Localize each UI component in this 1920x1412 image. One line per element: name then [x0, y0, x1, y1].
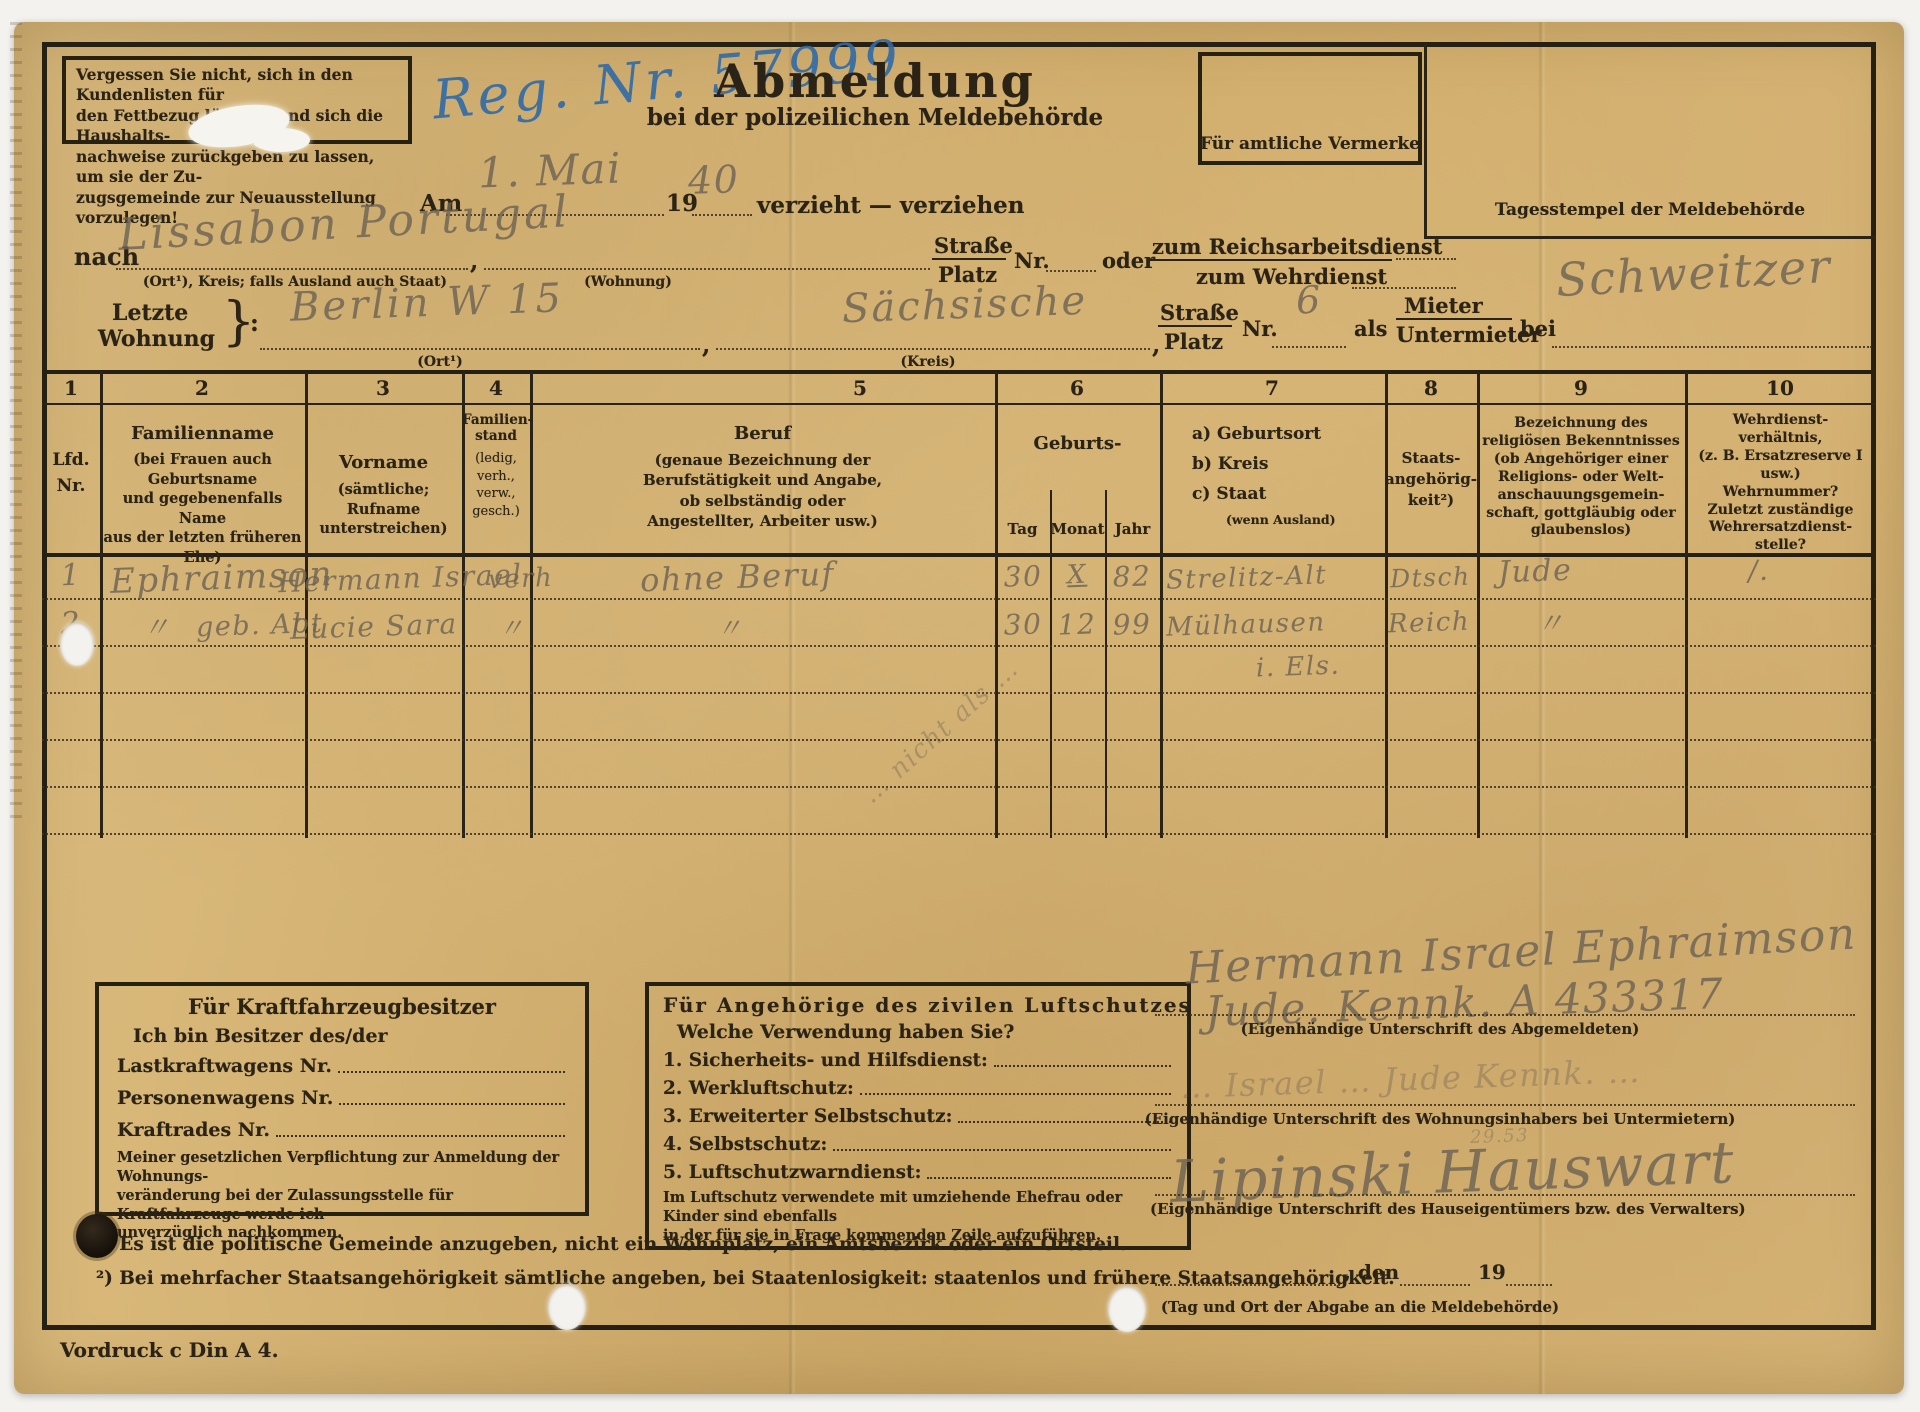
col-header-geburtsort: a) Geburtsort b) Kreis c) Staat — [1192, 420, 1382, 509]
luftschutz-item-row: 2. Werkluftschutz: — [663, 1078, 1173, 1099]
luftschutz-item-row: 4. Selbstschutz: — [663, 1134, 1173, 1155]
letzte-strasse-handwriting: Sächsische — [841, 278, 1088, 333]
mieter-divider-bar — [1396, 318, 1512, 320]
dotted-leader — [860, 1093, 1171, 1095]
row2-religion-ditto: 〃 — [1535, 601, 1566, 642]
sig-abgemeldeter-label: (Eigenhändige Unterschrift des Abgemelde… — [1160, 1020, 1720, 1038]
dienst-divider-bar — [1150, 259, 1392, 261]
kreis-sublabel: (Kreis) — [868, 354, 988, 370]
letzte-ort-line — [260, 348, 700, 350]
dotted-leader — [276, 1135, 565, 1137]
stamp-box-divider — [1424, 236, 1876, 239]
colon: : — [250, 308, 259, 337]
punch-hole — [1108, 1286, 1146, 1332]
nach-field-line — [116, 268, 468, 270]
wohnung-field-line — [484, 268, 930, 270]
table-column-line — [1160, 372, 1163, 838]
luftschutz-item-row: 5. Luftschutzwarndienst: — [663, 1162, 1173, 1183]
form-subtitle: bei der polizeilichen Meldebehörde — [640, 104, 1110, 131]
col-header-bekenntnis: Bezeichnung des religiösen Bekenntnisses… — [1477, 415, 1685, 540]
col-header-beruf-note: (genaue Bezeichnung der Berufstätigkeit … — [530, 450, 995, 531]
kfz-item-row: Lastkraftwagens Nr. — [117, 1055, 567, 1077]
col-number-2: 2 — [182, 376, 222, 400]
torn-left-edge — [10, 22, 22, 822]
kfz-note: Meiner gesetzlichen Verpflichtung zur An… — [117, 1149, 567, 1243]
comma: , — [1152, 330, 1160, 359]
reichsarbeitsdienst-line — [1396, 258, 1456, 260]
punch-hole — [548, 1284, 586, 1330]
footnote-2: ²) Bei mehrfacher Staatsangehörigkeit sä… — [96, 1268, 1395, 1289]
form-title: Abmeldung — [690, 54, 1060, 108]
table-top-border — [42, 370, 1876, 374]
col-header-monat: Monat — [1050, 520, 1105, 538]
row2-vorname: Lucie Sara — [289, 607, 458, 646]
col-header-familienname: Familienname — [100, 423, 305, 444]
dotted-leader — [339, 1103, 565, 1105]
col-number-4: 4 — [476, 376, 516, 400]
row2-beruf-ditto: 〃 — [715, 608, 744, 646]
col-header-wehrdienst: Wehrdienst- verhältnis, (z. B. Ersatzres… — [1685, 412, 1876, 555]
table-row-line — [42, 786, 1876, 788]
bei-label: bei — [1520, 316, 1556, 341]
col-header-geburtsort-note2: (wenn Ausland) — [1226, 512, 1336, 527]
comma: , — [702, 330, 710, 359]
table-row-line — [42, 645, 1876, 647]
year-prefix: 19 — [1478, 1260, 1506, 1284]
mieter-label: Mieter — [1404, 293, 1483, 318]
col-header-tag: Tag — [995, 520, 1050, 538]
nr-field-line — [1046, 270, 1096, 272]
sig-line — [1155, 1194, 1855, 1196]
luftschutz-item-label: 2. Werkluftschutz: — [663, 1078, 854, 1099]
col-number-8: 8 — [1411, 376, 1451, 400]
table-column-line — [1385, 372, 1388, 838]
strasse-label: Straße — [1160, 300, 1239, 325]
dotted-leader — [338, 1071, 565, 1073]
stamp-box-label: Tagesstempel der Meldebehörde — [1440, 200, 1860, 220]
col-header-vorname: Vorname — [305, 452, 462, 473]
kfz-item-label: Kraftrades Nr. — [117, 1119, 270, 1141]
form-code: Vordruck c Din A 4. — [60, 1338, 279, 1362]
col-number-3: 3 — [363, 376, 403, 400]
col-header-familienstand-note: (ledig, verh., verw., gesch.) — [462, 450, 530, 520]
row1-geburtsmonat: X — [1051, 559, 1102, 591]
year-field-line — [692, 214, 752, 216]
wohnung-sublabel: (Wohnung) — [558, 274, 698, 290]
col-number-7: 7 — [1252, 376, 1292, 400]
row1-wehrdienst: /. — [1747, 554, 1769, 588]
col-number-10: 10 — [1760, 376, 1800, 400]
row2-staatsangehoerigkeit: Reich — [1388, 607, 1471, 640]
col-number-5: 5 — [840, 376, 880, 400]
row2-familienname-ditto: 〃 — [141, 605, 172, 646]
row1-geburtsjahr: 82 — [1105, 559, 1158, 594]
luftschutz-item-row: 1. Sicherheits- und Hilfsdienst: — [663, 1050, 1173, 1071]
official-notes-box: Für amtliche Vermerke — [1198, 52, 1422, 165]
luftschutz-item-label: 1. Sicherheits- und Hilfsdienst: — [663, 1050, 988, 1071]
col-number-6: 6 — [1057, 376, 1097, 400]
kfz-item-row: Kraftrades Nr. — [117, 1119, 567, 1141]
kfz-intro: Ich bin Besitzer des/der — [133, 1025, 567, 1047]
table-row-line — [42, 739, 1876, 741]
row2-geburtsort: Mülhausen — [1166, 607, 1327, 643]
row1-familienstand: verh — [487, 563, 553, 595]
luftschutz-item-label: 3. Erweiterter Selbstschutz: — [663, 1106, 952, 1127]
luftschutz-item-label: 4. Selbstschutz: — [663, 1134, 827, 1155]
row2-familienstand-ditto: 〃 — [497, 608, 526, 646]
row2-geburtsjahr: 99 — [1105, 607, 1158, 642]
bei-field-line — [1552, 346, 1872, 348]
wehrdienst-label: zum Wehrdienst — [1196, 264, 1387, 289]
luftschutz-item-row: 3. Erweiterter Selbstschutz: — [663, 1106, 1173, 1127]
row2-geburtsort-zeile2: i. Els. — [1256, 651, 1341, 684]
nr-label: Nr. — [1014, 248, 1050, 273]
row1-geburtsort: Strelitz-Alt — [1166, 560, 1328, 596]
luftschutz-question: Welche Verwendung haben Sie? — [677, 1021, 1173, 1043]
kfz-item-label: Lastkraftwagens Nr. — [117, 1055, 332, 1077]
reichsarbeitsdienst-label: zum Reichsarbeitsdienst — [1152, 234, 1442, 259]
luftschutz-title: Für Angehörige des zivilen Luftschutzes — [663, 993, 1173, 1017]
kfz-item-label: Personenwagens Nr. — [117, 1087, 333, 1109]
comma: , — [470, 246, 478, 275]
table-column-line — [305, 372, 308, 838]
punch-hole — [60, 622, 94, 666]
sig-line — [1155, 1014, 1855, 1016]
footnote-1: ¹) Es ist die politische Gemeinde anzuge… — [96, 1234, 1126, 1255]
row1-geburtstag: 30 — [996, 559, 1049, 594]
paper-hole-damage — [252, 128, 310, 152]
table-number-row-line — [42, 403, 1876, 405]
col-header-jahr: Jahr — [1105, 520, 1160, 538]
verzieht-label: verzieht — verziehen — [757, 192, 1025, 219]
letzte-ort-handwriting: Berlin W 15 — [289, 275, 564, 331]
col-number-9: 9 — [1561, 376, 1601, 400]
nr-label: Nr. — [1242, 316, 1278, 341]
table-row-line — [42, 833, 1876, 835]
stamp-box-divider — [1424, 44, 1427, 238]
scanned-abmeldung-form: Vergessen Sie nicht, sich in den Kundenl… — [0, 0, 1920, 1412]
wohnung-label: Wohnung — [98, 326, 215, 352]
official-notes-label: Für amtliche Vermerke — [1200, 134, 1420, 154]
col-number-1: 1 — [51, 376, 91, 400]
dotted-leader — [994, 1065, 1171, 1067]
col-header-familienstand: Familien- stand — [462, 412, 530, 444]
oder-label: oder — [1102, 248, 1155, 273]
luftschutz-item-label: 5. Luftschutzwarndienst: — [663, 1162, 921, 1183]
sig-hauseigentuemer-label: (Eigenhändige Unterschrift des Hauseigen… — [1150, 1200, 1730, 1218]
col-header-lfd-nr: Lfd. Nr. — [44, 448, 98, 499]
sig-wohnungsinhaber-label: (Eigenhändige Unterschrift des Wohnungsi… — [1140, 1110, 1740, 1128]
kfz-box: Für Kraftfahrzeugbesitzer Ich bin Besitz… — [95, 982, 589, 1216]
year-value-handwriting: 40 — [687, 157, 740, 203]
table-row-line — [42, 598, 1876, 600]
als-label: als — [1354, 316, 1387, 341]
platz-label: Platz — [1164, 329, 1223, 354]
sig-line — [1155, 1104, 1855, 1106]
row1-religion: Jude — [1497, 553, 1572, 591]
col-header-vorname-note: (sämtliche; Rufname unterstreichen) — [305, 480, 462, 539]
row1-beruf: ohne Beruf — [639, 555, 835, 600]
hausnummer-handwriting: 6 — [1295, 278, 1322, 323]
kfz-title: Für Kraftfahrzeugbesitzer — [117, 994, 567, 1019]
date-sublabel: (Tag und Ort der Abgabe an die Meldebehö… — [1150, 1298, 1570, 1316]
letzte-label: Letzte — [112, 300, 188, 326]
date-line — [1400, 1284, 1470, 1286]
col-header-geburts: Geburts- — [995, 433, 1160, 454]
dotted-leader — [927, 1177, 1171, 1179]
ort1-sublabel: (Ort¹) — [380, 354, 500, 370]
nr-field-line — [1272, 346, 1346, 348]
strasse-platz-bar — [932, 258, 1006, 260]
row1-staatsangehoerigkeit: Dtsch — [1390, 562, 1471, 594]
col-header-staatsangehoerigkeit: Staats- angehörig- keit²) — [1385, 448, 1477, 511]
letzte-kreis-line — [716, 348, 1150, 350]
col-header-familienname-note: (bei Frauen auch Geburtsname und gegeben… — [100, 450, 305, 567]
kfz-item-row: Personenwagens Nr. — [117, 1087, 567, 1109]
strasse-platz-bar — [1158, 325, 1232, 327]
col-header-beruf: Beruf — [530, 423, 995, 444]
year-line — [1506, 1284, 1552, 1286]
wehrdienst-line — [1352, 287, 1456, 289]
row1-lfd-nr: 1 — [43, 557, 98, 594]
dotted-leader — [833, 1149, 1171, 1151]
luftschutz-box: Für Angehörige des zivilen Luftschutzes … — [645, 982, 1191, 1250]
strasse-label: Straße — [934, 233, 1013, 258]
punch-hole-dark — [76, 1214, 118, 1258]
